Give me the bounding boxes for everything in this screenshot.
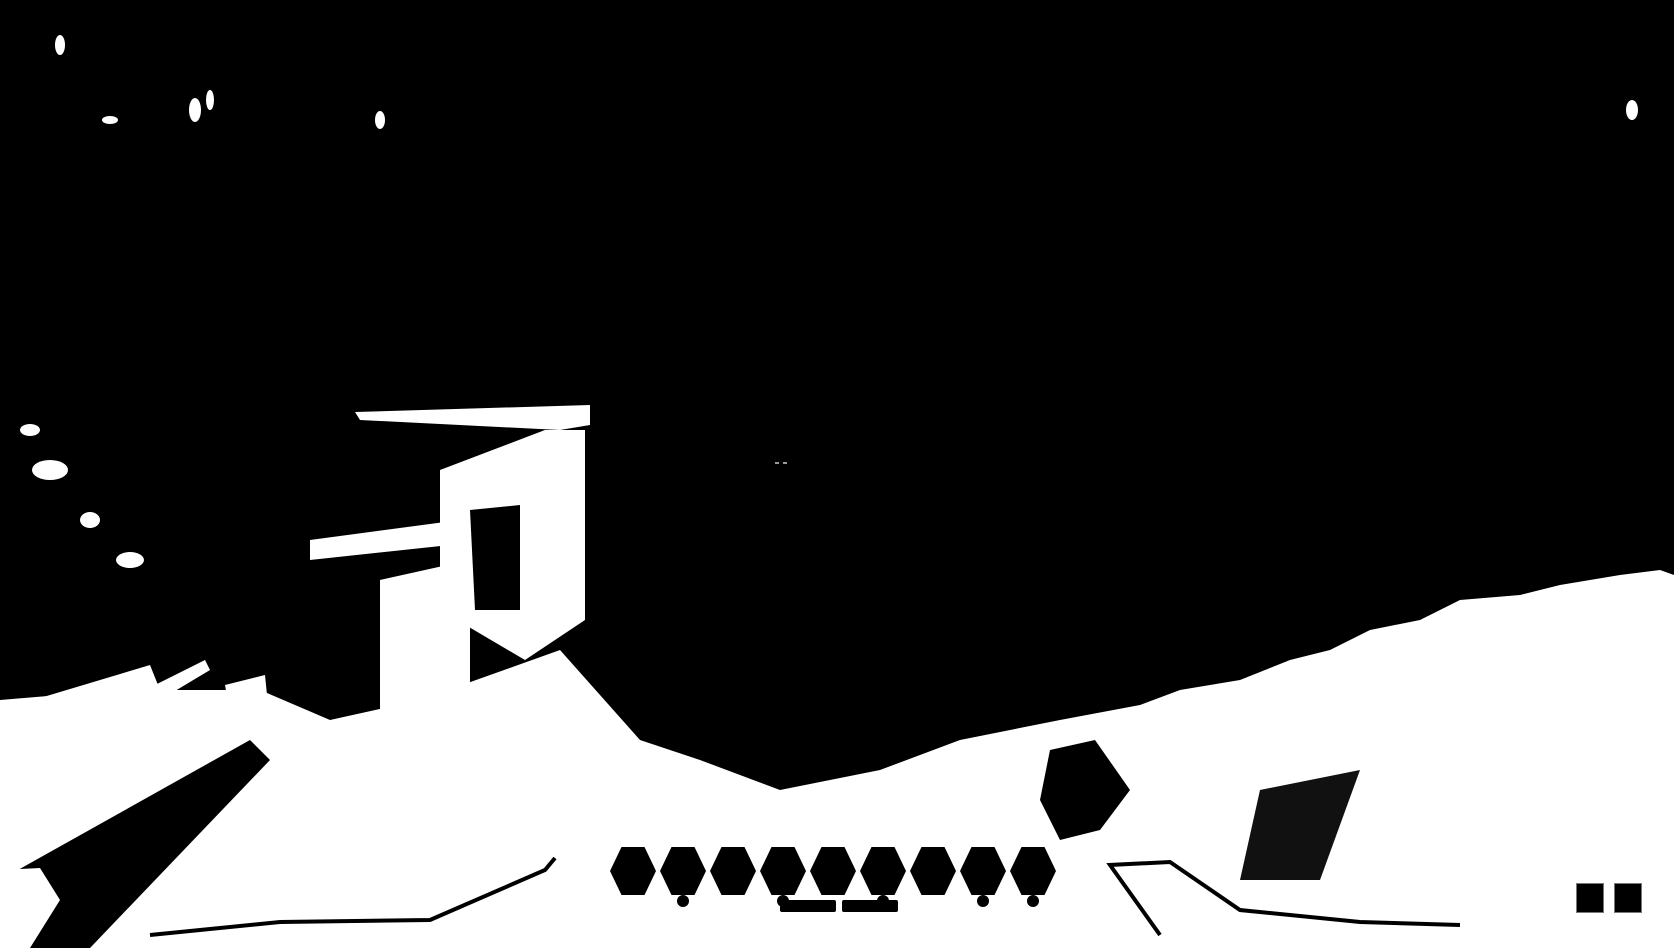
- bar-1-fill: [780, 900, 836, 912]
- game-viewport[interactable]: [0, 0, 1674, 948]
- bar-1: [780, 900, 836, 912]
- bar-2: [842, 900, 898, 912]
- hotbar-slot-6[interactable]: [860, 846, 906, 896]
- slot-indicator-dot: [977, 895, 989, 907]
- hotbar-slot-3[interactable]: [710, 846, 756, 896]
- hotbar-slot-9[interactable]: [1010, 846, 1056, 896]
- crosshair: [772, 460, 792, 466]
- status-bars: [780, 900, 900, 914]
- hotbar-slot-7[interactable]: [910, 846, 956, 896]
- equipment-slots: [1576, 883, 1646, 915]
- hotbar-slot-2[interactable]: [660, 846, 706, 896]
- hotbar-slot-5[interactable]: [810, 846, 856, 896]
- bar-2-fill: [842, 900, 898, 912]
- equip-slot-2[interactable]: [1614, 883, 1642, 913]
- hotbar-slot-1[interactable]: [610, 846, 656, 896]
- hotbar: [610, 840, 1080, 900]
- equip-slot-1[interactable]: [1576, 883, 1604, 913]
- crosshair-right-tick: [783, 462, 787, 464]
- hotbar-slot-4[interactable]: [760, 846, 806, 896]
- slot-indicator-dot: [677, 895, 689, 907]
- hotbar-slot-8[interactable]: [960, 846, 1006, 896]
- slot-indicator-dot: [1027, 895, 1039, 907]
- crosshair-left-tick: [775, 462, 779, 464]
